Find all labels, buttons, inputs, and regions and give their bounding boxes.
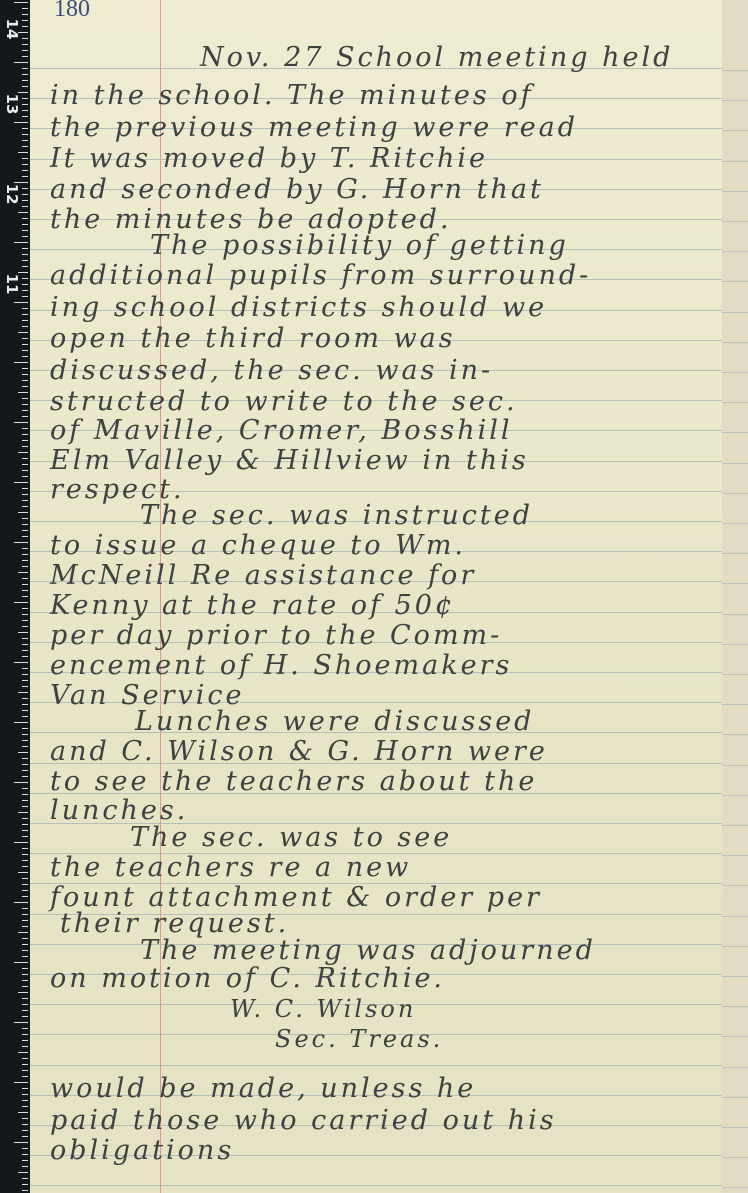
- ruler-tick: [22, 626, 28, 627]
- ruled-line: [722, 1127, 748, 1128]
- ruler-tick: [22, 338, 28, 339]
- ruler-tick: [22, 194, 28, 195]
- ruler-tick: [14, 122, 28, 123]
- ruler-tick: [22, 1184, 28, 1185]
- ruler-tick: [22, 536, 28, 537]
- ruler-tick: [22, 380, 28, 381]
- ruler-tick: [22, 530, 28, 531]
- ruler-label: 11: [3, 273, 21, 295]
- ruler-tick: [22, 668, 28, 669]
- ruler-tick: [22, 746, 28, 747]
- ruler-tick: [14, 782, 28, 783]
- ruler-tick: [22, 20, 28, 21]
- ruler-tick: [14, 362, 28, 363]
- ruler-tick: [18, 512, 28, 513]
- ruler-tick: [22, 1058, 28, 1059]
- ruler-tick: [14, 602, 28, 603]
- ruler-tick: [22, 638, 28, 639]
- adjacent-page-edge: [722, 0, 748, 1193]
- ruler-tick: [22, 986, 28, 987]
- ruler-label: 12: [3, 183, 21, 205]
- ruler-tick: [22, 734, 28, 735]
- minutes-line: It was moved by T. Ritchie: [50, 143, 488, 174]
- ruled-line: [722, 342, 748, 343]
- minutes-line: discussed, the sec. was in-: [50, 355, 493, 386]
- ruler-tick: [22, 1124, 28, 1125]
- ruled-line: [30, 1185, 722, 1186]
- ruled-line: [722, 1157, 748, 1158]
- ruler-tick: [18, 392, 28, 393]
- ruler-label: 13: [3, 93, 21, 115]
- ruler-tick: [22, 284, 28, 285]
- ruled-line: [722, 916, 748, 917]
- ruler-tick: [22, 524, 28, 525]
- ruler-tick: [22, 548, 28, 549]
- ruler-tick: [22, 1118, 28, 1119]
- ruler-tick: [22, 776, 28, 777]
- ruler-tick: [22, 836, 28, 837]
- ruler-tick: [22, 200, 28, 201]
- minutes-line: The possibility of getting: [150, 230, 569, 261]
- ruler-tick: [22, 890, 28, 891]
- ruler-tick: [22, 476, 28, 477]
- ruler-tick: [22, 170, 28, 171]
- ruler-tick: [22, 704, 28, 705]
- ruler-tick: [22, 386, 28, 387]
- ruler-tick: [22, 740, 28, 741]
- ruler-tick: [22, 350, 28, 351]
- ruler-tick: [22, 878, 28, 879]
- ruler-tick: [18, 692, 28, 693]
- ruler-tick: [22, 416, 28, 417]
- ruler-tick: [22, 56, 28, 57]
- ruler-tick: [22, 1028, 28, 1029]
- minutes-line: Lunches were discussed: [135, 706, 534, 737]
- ruler-tick: [14, 302, 28, 303]
- ruler-tick: [22, 14, 28, 15]
- ruled-line: [722, 885, 748, 886]
- ruler-tick: [22, 596, 28, 597]
- ruled-line: [722, 614, 748, 615]
- ruler-tick: [22, 1178, 28, 1179]
- ruler-tick: [14, 422, 28, 423]
- ruler-tick: [22, 800, 28, 801]
- ruler-tick: [22, 854, 28, 855]
- ruler-tick: [18, 1112, 28, 1113]
- ruled-line: [722, 765, 748, 766]
- ruler-tick: [22, 710, 28, 711]
- ruler-tick: [22, 26, 28, 27]
- ruler-tick: [22, 578, 28, 579]
- ruler-tick: [22, 1040, 28, 1041]
- ruler-tick: [22, 266, 28, 267]
- ruler-tick: [14, 722, 28, 723]
- ruled-line: [722, 795, 748, 796]
- ruler-tick: [22, 110, 28, 111]
- ruler-tick: [22, 158, 28, 159]
- ruler-tick: [22, 884, 28, 885]
- ruler-tick: [22, 1004, 28, 1005]
- ruler-tick: [22, 554, 28, 555]
- ruled-line: [722, 1097, 748, 1098]
- ruler-tick: [22, 608, 28, 609]
- minutes-line: open the third room was: [50, 323, 456, 354]
- ruler-tick: [18, 92, 28, 93]
- addendum-line: obligations: [50, 1135, 234, 1166]
- ruled-line: [722, 1006, 748, 1007]
- ruler-tick: [22, 896, 28, 897]
- ruler-tick: [22, 998, 28, 999]
- ruled-line: [722, 1036, 748, 1037]
- ruler-tick: [18, 1172, 28, 1173]
- ruler-tick: [18, 872, 28, 873]
- ruler-tick: [22, 956, 28, 957]
- ruler-tick: [14, 1022, 28, 1023]
- ruled-line: [722, 825, 748, 826]
- ruler-tick: [22, 296, 28, 297]
- ruler-tick: [22, 1076, 28, 1077]
- ruler-tick: [22, 1148, 28, 1149]
- ruler-label: 14: [3, 18, 21, 40]
- ruler-tick: [22, 344, 28, 345]
- ruler-tick: [22, 80, 28, 81]
- ruled-line: [722, 251, 748, 252]
- ruler-tick: [22, 206, 28, 207]
- ruler-tick: [22, 920, 28, 921]
- ruled-line: [722, 463, 748, 464]
- minutes-line: to see the teachers about the: [50, 766, 537, 797]
- ruler-tick: [18, 452, 28, 453]
- ruler-tick: [22, 860, 28, 861]
- ruler-tick: [22, 236, 28, 237]
- ruled-line: [722, 946, 748, 947]
- ruler-tick: [22, 488, 28, 489]
- ruler-tick: [18, 32, 28, 33]
- minutes-line: ing school districts should we: [50, 292, 547, 323]
- ruler-tick: [22, 686, 28, 687]
- ruler-tick: [22, 458, 28, 459]
- ruler-tick: [22, 290, 28, 291]
- minutes-line: The sec. was instructed: [140, 500, 533, 531]
- signature-name: W. C. Wilson: [230, 995, 416, 1023]
- ruler-tick: [22, 818, 28, 819]
- ruler-tick: [22, 518, 28, 519]
- ruler-tick: [22, 1154, 28, 1155]
- ruler-tick: [22, 1136, 28, 1137]
- ruler-tick: [18, 272, 28, 273]
- ruler-tick: [22, 464, 28, 465]
- ruler-tick: [22, 1100, 28, 1101]
- ruled-line: [722, 402, 748, 403]
- measuring-ruler: 14 13 12 11: [0, 0, 31, 1193]
- ruled-line: [722, 70, 748, 71]
- ruler-tick: [22, 470, 28, 471]
- ruler-tick: [22, 74, 28, 75]
- ruler-tick: [22, 1046, 28, 1047]
- ruled-line: [722, 1067, 748, 1068]
- minutes-line: additional pupils from surround-: [50, 260, 591, 291]
- ruler-tick: [22, 218, 28, 219]
- ruler-tick: [22, 644, 28, 645]
- ruler-tick: [22, 356, 28, 357]
- ruler-tick: [22, 680, 28, 681]
- ruler-tick: [14, 242, 28, 243]
- ruler-tick: [14, 662, 28, 663]
- ruler-tick: [22, 314, 28, 315]
- ruler-tick: [22, 104, 28, 105]
- ruler-tick: [18, 152, 28, 153]
- ruler-tick: [22, 1190, 28, 1191]
- ruler-tick: [22, 830, 28, 831]
- ruler-tick: [14, 62, 28, 63]
- ruler-tick: [22, 866, 28, 867]
- ruler-tick: [22, 8, 28, 9]
- ruler-tick: [18, 812, 28, 813]
- ruled-line: [722, 372, 748, 373]
- ruler-tick: [22, 1064, 28, 1065]
- ruled-line: [722, 191, 748, 192]
- minutes-line: to issue a cheque to Wm.: [50, 530, 466, 561]
- ruled-line: [722, 674, 748, 675]
- minutes-line: the teachers re a new: [50, 852, 411, 883]
- ruler-tick: [18, 212, 28, 213]
- ruler-tick: [22, 1094, 28, 1095]
- minutes-line: in the school. The minutes of: [50, 80, 534, 111]
- ruler-tick: [14, 842, 28, 843]
- ruler-tick: [14, 1082, 28, 1083]
- ruler-tick: [22, 1166, 28, 1167]
- ruler-tick: [14, 182, 28, 183]
- ruler-tick: [22, 326, 28, 327]
- ruled-line: [722, 734, 748, 735]
- ruled-line: [722, 161, 748, 162]
- ruler-tick: [22, 950, 28, 951]
- ruled-line: [722, 583, 748, 584]
- ruler-tick: [22, 146, 28, 147]
- signature-title: Sec. Treas.: [275, 1025, 443, 1053]
- ruler-tick: [22, 824, 28, 825]
- ruler-tick: [22, 968, 28, 969]
- ruler-tick: [22, 1106, 28, 1107]
- ruler-tick: [22, 410, 28, 411]
- ruler-tick: [22, 404, 28, 405]
- ruler-tick: [22, 506, 28, 507]
- ruler-tick: [22, 758, 28, 759]
- ruler-tick: [14, 2, 28, 3]
- ruler-tick: [22, 164, 28, 165]
- ruled-line: [722, 644, 748, 645]
- ruled-line: [722, 312, 748, 313]
- ruled-line: [722, 100, 748, 101]
- ruler-tick: [22, 944, 28, 945]
- minutes-line: of Maville, Cromer, Bosshill: [50, 415, 513, 446]
- ruler-tick: [22, 116, 28, 117]
- ruled-line: [722, 281, 748, 282]
- ruler-tick: [22, 1016, 28, 1017]
- ruler-tick: [22, 584, 28, 585]
- ruler-tick: [18, 572, 28, 573]
- ruler-tick: [22, 794, 28, 795]
- ruler-tick: [18, 992, 28, 993]
- ruler-tick: [22, 494, 28, 495]
- ruler-tick: [22, 68, 28, 69]
- ruler-tick: [22, 446, 28, 447]
- ruler-tick: [22, 86, 28, 87]
- ruler-tick: [22, 788, 28, 789]
- ruler-tick: [22, 1070, 28, 1071]
- ruler-tick: [22, 44, 28, 45]
- ruled-line: [722, 523, 748, 524]
- ruler-tick: [22, 620, 28, 621]
- ruler-tick: [14, 962, 28, 963]
- ruler-tick: [22, 434, 28, 435]
- ruler-tick: [22, 278, 28, 279]
- ruler-tick: [22, 674, 28, 675]
- ruler-tick: [22, 374, 28, 375]
- ruler-tick: [22, 728, 28, 729]
- ruler-tick: [22, 134, 28, 135]
- minutes-line: encement of H. Shoemakers: [50, 650, 512, 681]
- ruled-line: [722, 1187, 748, 1188]
- minutes-line: McNeill Re assistance for: [50, 560, 476, 591]
- ruler-tick: [22, 716, 28, 717]
- ruler-tick: [22, 650, 28, 651]
- ruler-tick: [22, 254, 28, 255]
- ruler-tick: [22, 974, 28, 975]
- ruler-tick: [22, 398, 28, 399]
- ruler-tick: [22, 308, 28, 309]
- ruler-tick: [22, 230, 28, 231]
- ruler-tick: [22, 50, 28, 51]
- ruler-tick: [18, 332, 28, 333]
- ruler-tick: [18, 1052, 28, 1053]
- ruled-line: [722, 130, 748, 131]
- minutes-line: The meeting was adjourned: [140, 935, 596, 966]
- ruled-line: [722, 493, 748, 494]
- ruler-tick: [22, 806, 28, 807]
- addendum-line: would be made, unless he: [50, 1073, 476, 1104]
- ruler-tick: [18, 932, 28, 933]
- ruler-tick: [18, 632, 28, 633]
- ruler-tick: [22, 368, 28, 369]
- ruler-tick: [22, 848, 28, 849]
- minutes-line: Elm Valley & Hillview in this: [50, 445, 529, 476]
- ruler-tick: [22, 428, 28, 429]
- minutes-line: the previous meeting were read: [50, 112, 578, 143]
- ruler-tick: [22, 500, 28, 501]
- ruler-tick: [14, 542, 28, 543]
- ruler-tick: [22, 224, 28, 225]
- ruler-tick: [22, 1010, 28, 1011]
- ruler-tick: [14, 1142, 28, 1143]
- ruler-tick: [14, 902, 28, 903]
- minutes-line: and seconded by G. Horn that: [50, 174, 544, 205]
- ruler-tick: [22, 1160, 28, 1161]
- ruler-tick: [22, 614, 28, 615]
- ruled-line: [722, 855, 748, 856]
- ruler-tick: [22, 1130, 28, 1131]
- minutes-line: Nov. 27 School meeting held: [200, 42, 673, 73]
- ruler-tick: [22, 914, 28, 915]
- ruler-tick: [22, 260, 28, 261]
- ruler-tick: [22, 980, 28, 981]
- ruler-tick: [18, 752, 28, 753]
- ruler-tick: [22, 38, 28, 39]
- minutes-line: structed to write to the sec.: [50, 386, 518, 417]
- minutes-line: per day prior to the Comm-: [50, 620, 502, 651]
- ruled-line: [722, 553, 748, 554]
- minutes-line: and C. Wilson & G. Horn were: [50, 736, 548, 767]
- ruler-tick: [22, 248, 28, 249]
- ruled-line: [722, 432, 748, 433]
- ruler-tick: [22, 770, 28, 771]
- ruler-tick: [22, 440, 28, 441]
- ruler-tick: [22, 566, 28, 567]
- ruler-tick: [22, 176, 28, 177]
- ruler-tick: [22, 908, 28, 909]
- ruler-tick: [22, 938, 28, 939]
- minutes-line: on motion of C. Ritchie.: [50, 963, 445, 994]
- ruler-tick: [22, 188, 28, 189]
- ruler-tick: [14, 482, 28, 483]
- ruler-tick: [22, 1034, 28, 1035]
- ruler-tick: [22, 128, 28, 129]
- addendum-line: paid those who carried out his: [50, 1105, 557, 1136]
- ruled-line: [722, 221, 748, 222]
- ruled-line: [722, 704, 748, 705]
- ledger-page: 180 Nov. 27 School meeting held in the s…: [30, 0, 724, 1193]
- ruler-tick: [22, 926, 28, 927]
- ruler-tick: [22, 698, 28, 699]
- ruler-tick: [22, 560, 28, 561]
- page-number: 180: [54, 0, 90, 23]
- ruled-line: [30, 1065, 722, 1066]
- ruler-tick: [22, 1088, 28, 1089]
- ruler-tick: [22, 320, 28, 321]
- ruled-line: [722, 976, 748, 977]
- ruler-tick: [22, 140, 28, 141]
- ruler-tick: [22, 98, 28, 99]
- ruler-tick: [22, 590, 28, 591]
- ruler-tick: [22, 656, 28, 657]
- minutes-line: Kenny at the rate of 50¢: [50, 590, 455, 621]
- minutes-line: The sec. was to see: [130, 822, 452, 853]
- ruler-tick: [22, 764, 28, 765]
